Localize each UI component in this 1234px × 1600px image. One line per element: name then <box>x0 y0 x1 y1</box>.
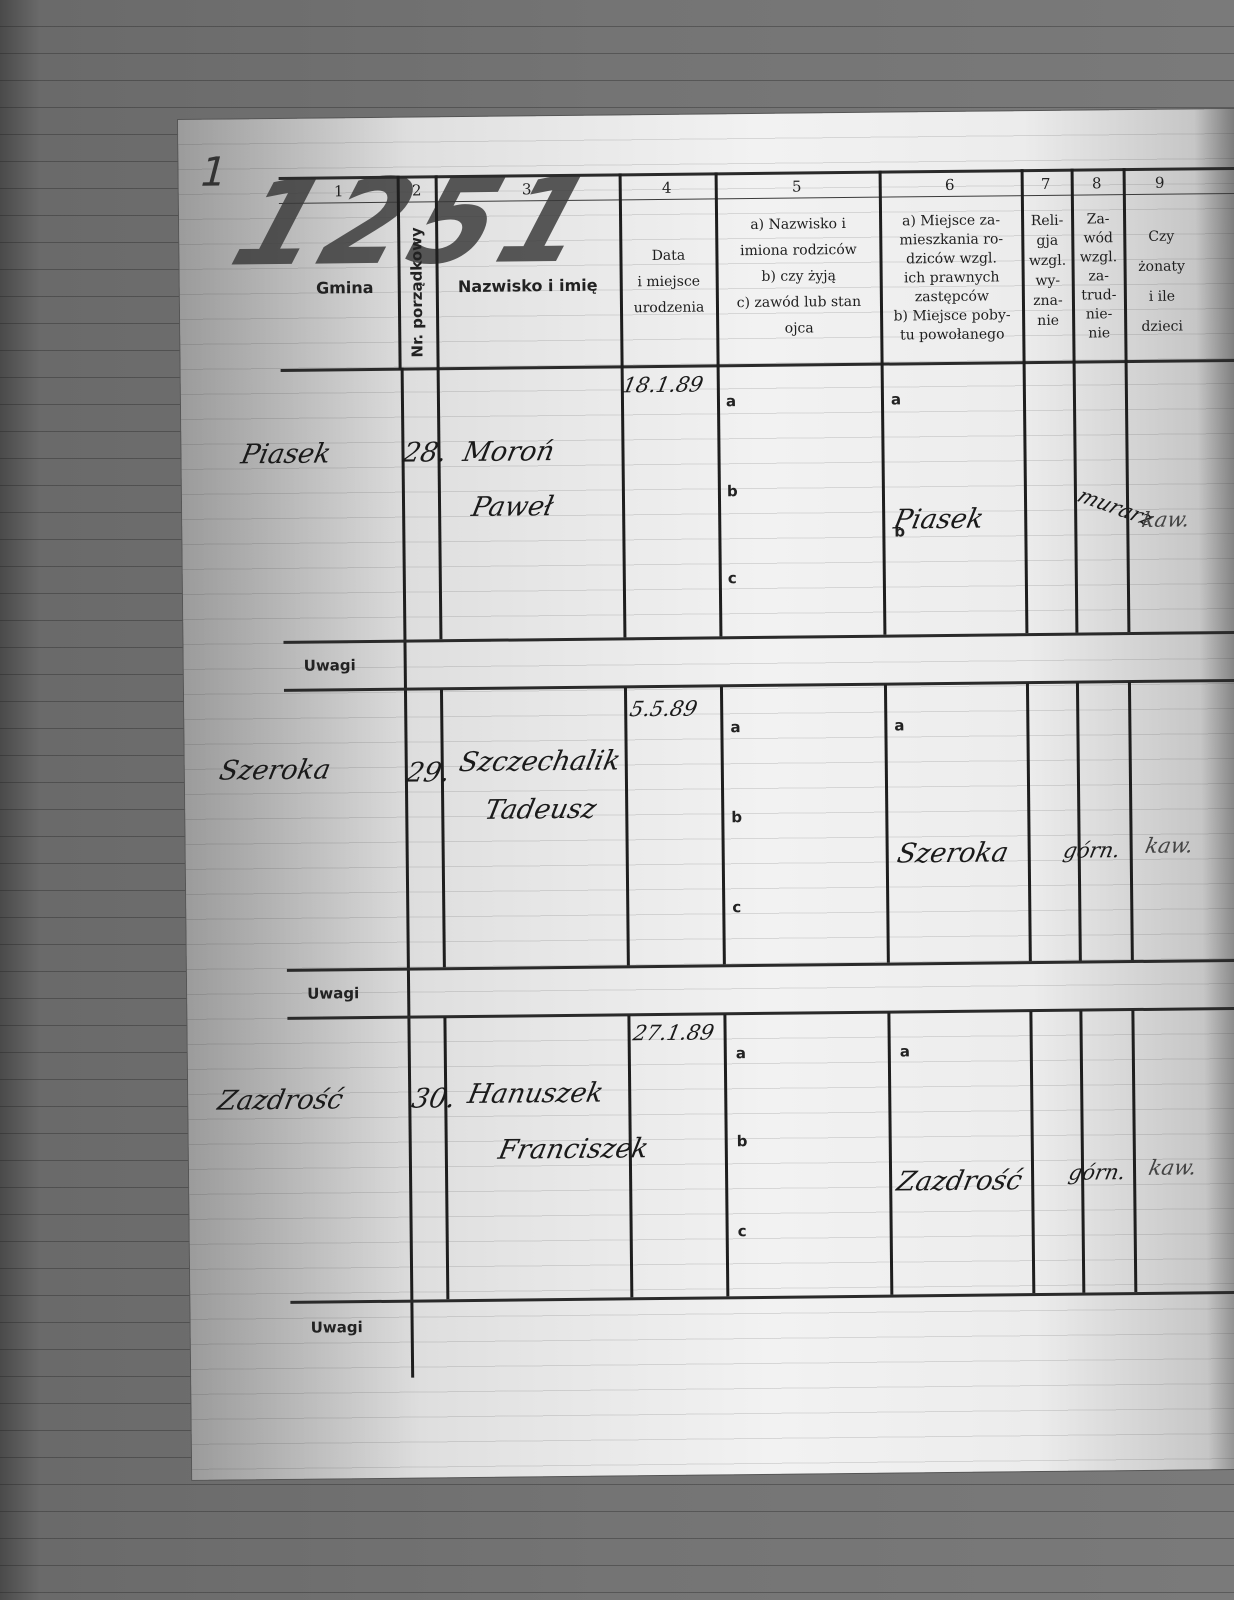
vrule <box>437 367 443 639</box>
sub-label-a: a <box>894 716 904 734</box>
entry-residence-b: Szeroka <box>895 837 1012 869</box>
entry-marital: kaw. <box>1143 833 1195 858</box>
entry-given-name: Tadeusz <box>482 794 599 826</box>
column-header-birth: Data i miejsce urodzenia <box>621 242 716 321</box>
sub-label-b: b <box>737 1132 748 1150</box>
register-page: 1 1251 1 2 3 4 5 6 7 8 9 Gmina Nr. porzą… <box>178 109 1234 1480</box>
header-line: i miejsce <box>622 268 716 295</box>
header-line: zastępców <box>882 287 1022 307</box>
entry-surname: Szczechalik <box>457 745 624 778</box>
entry-number: 30. <box>409 1083 458 1115</box>
vrule <box>720 686 726 964</box>
vrule <box>1026 683 1032 961</box>
header-line: b) czy żyją <box>718 263 880 291</box>
vrule <box>624 687 630 965</box>
header-line: ojca <box>718 315 880 343</box>
remarks-bottom-rule <box>284 679 1234 692</box>
sub-label-c: c <box>738 1222 747 1240</box>
page-shadow-left <box>178 118 422 1480</box>
header-line: a) Nazwisko i <box>717 211 879 239</box>
vrule <box>884 685 890 963</box>
vrule <box>1128 682 1134 960</box>
entry-gmina: Zazdrość <box>215 1084 346 1116</box>
sub-label-c: c <box>732 898 741 916</box>
vrule <box>1023 361 1029 633</box>
vrule <box>1079 1011 1085 1293</box>
header-line: urodzenia <box>622 294 716 321</box>
header-line: tu powołanego <box>882 325 1022 345</box>
column-number-3: 3 <box>437 179 617 199</box>
vrule <box>443 1017 449 1299</box>
remarks-label: Uwagi <box>307 984 359 1003</box>
header-line: nie <box>1074 324 1124 344</box>
column-header-nr: Nr. porządkowy <box>407 227 426 357</box>
column-header-gmina: Gmina <box>290 278 400 298</box>
header-line: wy- <box>1024 271 1072 292</box>
column-header-residence: a) Miejsce za- mieszkania ro- dziców wzg… <box>881 211 1022 345</box>
column-number-4: 4 <box>621 178 713 197</box>
entry-surname: Hanuszek <box>465 1078 606 1110</box>
entry-marital: kaw. <box>1140 507 1192 532</box>
column-number-5: 5 <box>717 177 877 197</box>
sub-label-a: a <box>736 1044 746 1062</box>
header-line: wzgl. <box>1073 248 1123 268</box>
column-header-parents: a) Nazwisko i imiona rodziców b) czy żyj… <box>717 211 880 343</box>
header-line: żonaty <box>1125 251 1197 282</box>
remarks-label: Uwagi <box>304 656 356 675</box>
remarks-label: Uwagi <box>311 1318 363 1337</box>
header-line: Data <box>621 242 715 269</box>
column-number-6: 6 <box>881 175 1019 194</box>
header-line: dzieci <box>1126 311 1198 342</box>
entry-residence-b: Piasek <box>891 504 986 536</box>
header-line: a) Miejsce za- <box>881 211 1021 231</box>
vrule <box>723 1014 729 1296</box>
header-line: zna- <box>1024 291 1072 312</box>
entry-gmina: Szeroka <box>217 754 334 786</box>
sub-label-a: a <box>730 718 740 736</box>
header-line: Reli- <box>1023 211 1071 232</box>
column-number-9: 9 <box>1125 173 1195 192</box>
sub-label-a: a <box>891 390 901 408</box>
entry-gmina: Piasek <box>238 438 333 470</box>
header-line: dziców wzgl. <box>881 249 1021 269</box>
vrule <box>1076 683 1082 961</box>
header-bottom-rule <box>281 359 1234 372</box>
column-number-1: 1 <box>299 182 379 201</box>
column-number-2: 2 <box>399 181 435 199</box>
remarks-bottom-rule <box>287 1007 1234 1020</box>
vrule <box>1029 1011 1035 1293</box>
vrule <box>717 364 723 636</box>
header-line: mieszkania ro- <box>881 230 1021 250</box>
sub-label-a: a <box>726 392 736 410</box>
column-header-religion: Reli- gja wzgl. wy- zna- nie <box>1023 211 1072 331</box>
row-bottom-rule <box>290 1291 1234 1304</box>
header-line: Za- <box>1073 210 1123 230</box>
row-bottom-rule <box>287 959 1234 972</box>
entry-given-name: Paweł <box>469 491 556 523</box>
sub-label-a: a <box>900 1042 910 1060</box>
header-line: ich prawnych <box>882 268 1022 288</box>
header-line: trud- <box>1074 286 1124 306</box>
sub-label-b: b <box>727 482 738 500</box>
header-line: za- <box>1074 267 1124 287</box>
header-line: b) Miejsce poby- <box>882 306 1022 326</box>
entry-marital: kaw. <box>1147 1155 1199 1180</box>
header-line: Czy <box>1125 221 1197 252</box>
vrule <box>1125 360 1131 632</box>
row-bottom-rule <box>283 631 1234 644</box>
entry-surname: Moroń <box>460 436 557 468</box>
entry-occupation: górn. <box>1061 838 1122 863</box>
header-line: i ile <box>1126 281 1198 312</box>
entry-residence-b: Zazdrość <box>894 1165 1025 1197</box>
column-number-8: 8 <box>1073 174 1121 193</box>
column-number-7: 7 <box>1023 175 1069 193</box>
vrule <box>881 363 887 635</box>
entry-number: 29. <box>404 757 453 789</box>
header-line: c) zawód lub stan <box>718 289 880 317</box>
page-shadow-right <box>1194 109 1234 1469</box>
entry-number: 28. <box>400 437 449 469</box>
sub-label-b: b <box>731 808 742 826</box>
vrule <box>1131 1010 1137 1292</box>
column-header-marital: Czy żonaty i ile dzieci <box>1125 221 1198 342</box>
sub-label-c: c <box>728 569 737 587</box>
column-header-name: Nazwisko i imię <box>438 275 618 296</box>
column-header-occupation: Za- wód wzgl. za- trud- nie- nie <box>1073 210 1124 344</box>
header-line: gja <box>1023 231 1071 252</box>
header-line: nie <box>1024 311 1072 332</box>
vrule <box>887 1013 893 1295</box>
vrule <box>621 365 627 637</box>
entry-birth-date: 18.1.89 <box>620 372 705 397</box>
entry-birth-date: 5.5.89 <box>628 697 700 722</box>
header-line: imiona rodziców <box>717 237 879 265</box>
entry-birth-date: 27.1.89 <box>631 1020 716 1045</box>
entry-given-name: Franciszek <box>496 1133 652 1166</box>
header-line: nie- <box>1074 305 1124 325</box>
header-line: wzgl. <box>1023 251 1071 272</box>
vrule <box>440 689 446 967</box>
header-line: wód <box>1073 229 1123 249</box>
entry-occupation: górn. <box>1067 1160 1128 1185</box>
